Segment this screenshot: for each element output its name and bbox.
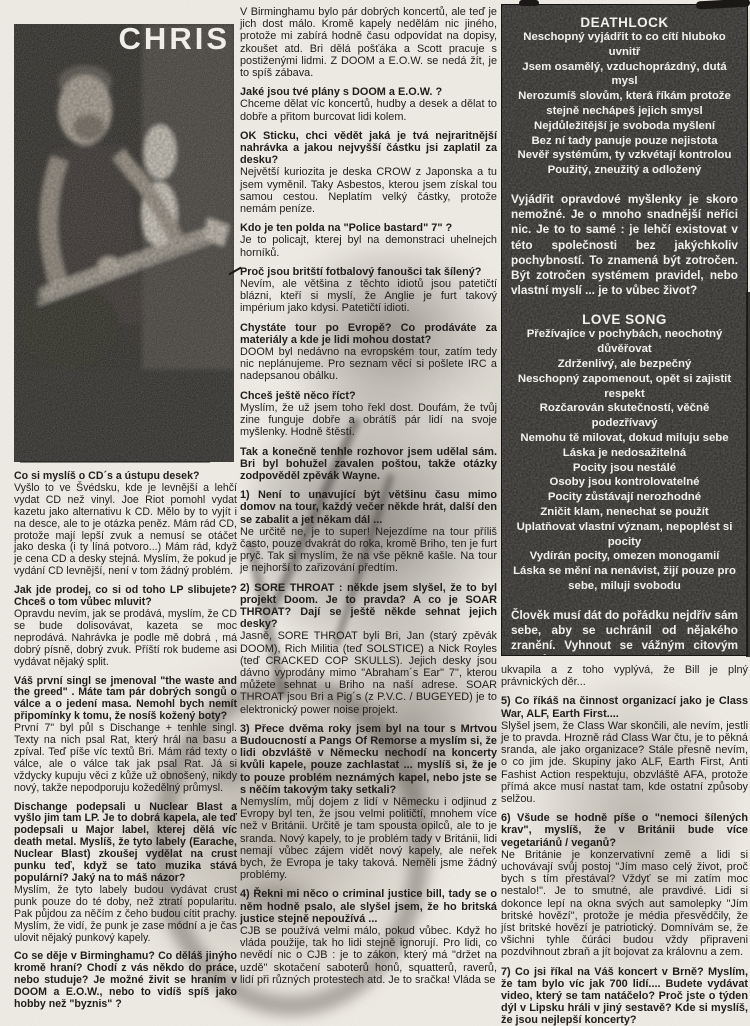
interview-paragraph: Vyšlo to ve Švédsku, kde je levnější a l… xyxy=(14,483,237,578)
page-title: CHRIS xyxy=(119,20,230,58)
lyric-line: Neschopný vyjádřit to co cítí hluboko uv… xyxy=(511,30,738,60)
deathlock-paragraph: Vyjádřit opravdové myšlenky je skoro nem… xyxy=(511,192,738,298)
lyric-line: Neschopný zapomenout, opět si zajistit r… xyxy=(511,372,738,402)
lyric-line: Pocity zůstávají nerozhodné xyxy=(511,490,738,505)
deathlock-lyrics: Neschopný vyjádřit to co cítí hluboko uv… xyxy=(511,30,738,178)
interview-paragraph: Největší kuriozita je deska CROW z Japon… xyxy=(240,166,497,215)
interview-paragraph: ukvapila a z toho vyplývá, že Bill je pl… xyxy=(501,664,748,688)
interview-paragraph: První 7" byl půl s Dischange + tenhle si… xyxy=(14,723,237,794)
lyric-line: Použitý, zneužitý a odložený xyxy=(511,163,738,178)
interview-paragraph: Chystáte tour po Evropě? Co prodáváte za… xyxy=(240,322,497,346)
interview-paragraph: DOOM byl nedávno na evropském tour, zatí… xyxy=(240,346,497,383)
song-title-deathlock: DEATHLOCK xyxy=(511,15,738,30)
right-column-text: ukvapila a z toho vyplývá, že Bill je pl… xyxy=(501,664,748,1026)
interview-paragraph: 4) Řekni mi něco o criminal justice bill… xyxy=(240,888,497,925)
interview-paragraph: V Birminghamu bylo pár dobrých koncertů,… xyxy=(240,6,497,79)
love-song-paragraph: Člověk musí dát do pořádku nejdřív sám s… xyxy=(511,608,738,656)
right-column: DEATHLOCK Neschopný vyjádřit to co cítí … xyxy=(501,4,748,1026)
interview-paragraph: Slyšel jsem, že Class War skončili, ale … xyxy=(501,720,748,805)
interview-paragraph: Nevím, ale většina z těchto idiotů jsou … xyxy=(240,278,497,315)
interview-paragraph: Opravdu nevím, jak se prodává, myslím, ž… xyxy=(14,609,237,669)
interview-paragraph: CJB se používá velmi málo, pokud vůbec. … xyxy=(240,925,497,986)
left-column: Co si myslíš o CD´s a ústupu desek?Vyšlo… xyxy=(14,464,237,1011)
interview-paragraph: Jak jde prodej, co si od toho LP slibuje… xyxy=(14,585,237,609)
lyrics-content: DEATHLOCK Neschopný vyjádřit to co cítí … xyxy=(511,15,738,656)
interview-paragraph: Chceš ještě něco říct? xyxy=(240,390,497,402)
lyric-line: Zdrženlivý, ale bezpečný xyxy=(511,357,738,372)
lyric-line: Zničit klam, nenechat se použít xyxy=(511,505,738,520)
interview-paragraph: 6) Všude se hodně píše o "nemoci šílenýc… xyxy=(501,812,748,849)
lyric-line: Pocity jsou nestálé xyxy=(511,461,738,476)
lyric-line: Jsem osamělý, vzduchoprázdný, dutá mysl xyxy=(511,60,738,90)
interview-paragraph: 7) Co jsi říkal na Váš koncert v Brně? M… xyxy=(501,966,748,1026)
lyric-line: Bez ní tady panuje pouze nejistota xyxy=(511,134,738,149)
interview-paragraph: 1) Není to unavující být většinu času mi… xyxy=(240,489,497,526)
interview-paragraph: Myslím, že tyto labely budou vydávat cru… xyxy=(14,885,237,945)
interview-paragraph: OK Sticku, chci vědět jaká je tvá nejrar… xyxy=(240,130,497,167)
interview-paragraph: Ne Británie je konzervativní země a lidi… xyxy=(501,849,748,959)
love-song-lyrics: Přežívajíce v pochybách, neochotný důvěř… xyxy=(511,327,738,593)
interview-paragraph: Kdo je ten polda na "Police bastard" 7" … xyxy=(240,222,497,234)
interview-paragraph: Dischange podepsali u Nuclear Blast a vy… xyxy=(14,802,237,885)
lyric-line: Nerozumíš slovům, která říkám protože st… xyxy=(511,89,738,119)
interview-paragraph: Nemyslím, můj dojem z lidí v Německu i o… xyxy=(240,796,497,881)
lyric-line: Nemohu tě milovat, dokud miluju sebe xyxy=(511,431,738,446)
interview-paragraph: Je to policajt, kterej byl na demonstrac… xyxy=(240,234,497,258)
chris-photo-image xyxy=(14,24,234,462)
lyrics-panel: DEATHLOCK Neschopný vyjádřit to co cítí … xyxy=(501,4,748,656)
lyric-line: Láska se mění na nenávist, žijí pouze pr… xyxy=(511,564,738,594)
interview-paragraph: Chceme dělat víc koncertů, hudby a desek… xyxy=(240,98,497,122)
interview-paragraph: 3) Přece dvěma roky jsem byl na tour s M… xyxy=(240,723,497,796)
middle-column: V Birminghamu bylo pár dobrých koncertů,… xyxy=(240,6,497,986)
interview-paragraph: 2) SORE THROAT : někde jsem slyšel, že t… xyxy=(240,582,497,631)
interview-paragraph: Proč jsou britští fotbalový fanoušci tak… xyxy=(240,266,497,278)
interview-paragraph: Jasně, SORE THROAT byli Bri, Jan (starý … xyxy=(240,630,497,715)
interview-paragraph: Myslím, že už jsem toho řekl dost. Doufá… xyxy=(240,402,497,439)
interview-paragraph: Tak a konečně tenhle rozhovor jsem uděla… xyxy=(240,446,497,483)
lyric-line: Nevěř systémům, ty vzkvétají kontrolou xyxy=(511,148,738,163)
interview-paragraph: Co se děje v Birminghamu? Co děláš jinýh… xyxy=(14,951,237,1011)
lyric-line: Uplatňovat vlastní význam, nepoplést si … xyxy=(511,520,738,550)
lyric-line: Osoby jsou kontrolovatelné xyxy=(511,475,738,490)
lyric-line: Přežívajíce v pochybách, neochotný důvěř… xyxy=(511,327,738,357)
zine-page: CHRIS Co si myslíš o CD´s a ústupu desek… xyxy=(0,0,750,1026)
lyric-line: Rozčarován skutečností, věčně podezřívav… xyxy=(511,401,738,431)
lyric-line: Vydírán pocity, omezen monogamií xyxy=(511,549,738,564)
interview-paragraph: Jaké jsou tvé plány s DOOM a E.O.W. ? xyxy=(240,86,497,98)
interview-paragraph: Ne určitě ne, je to super! Nejezdíme na … xyxy=(240,526,497,575)
interview-paragraph: Váš první singl se jmenoval "the waste a… xyxy=(14,676,237,724)
lyric-line: Láska je nedosažitelná xyxy=(511,446,738,461)
song-title-love-song: LOVE SONG xyxy=(511,312,738,327)
lyric-line: Nejdůležitější je svoboda myšlení xyxy=(511,119,738,134)
chris-photo: CHRIS xyxy=(14,24,234,462)
interview-paragraph: 5) Co říkáš na činnost organizací jako j… xyxy=(501,695,748,719)
